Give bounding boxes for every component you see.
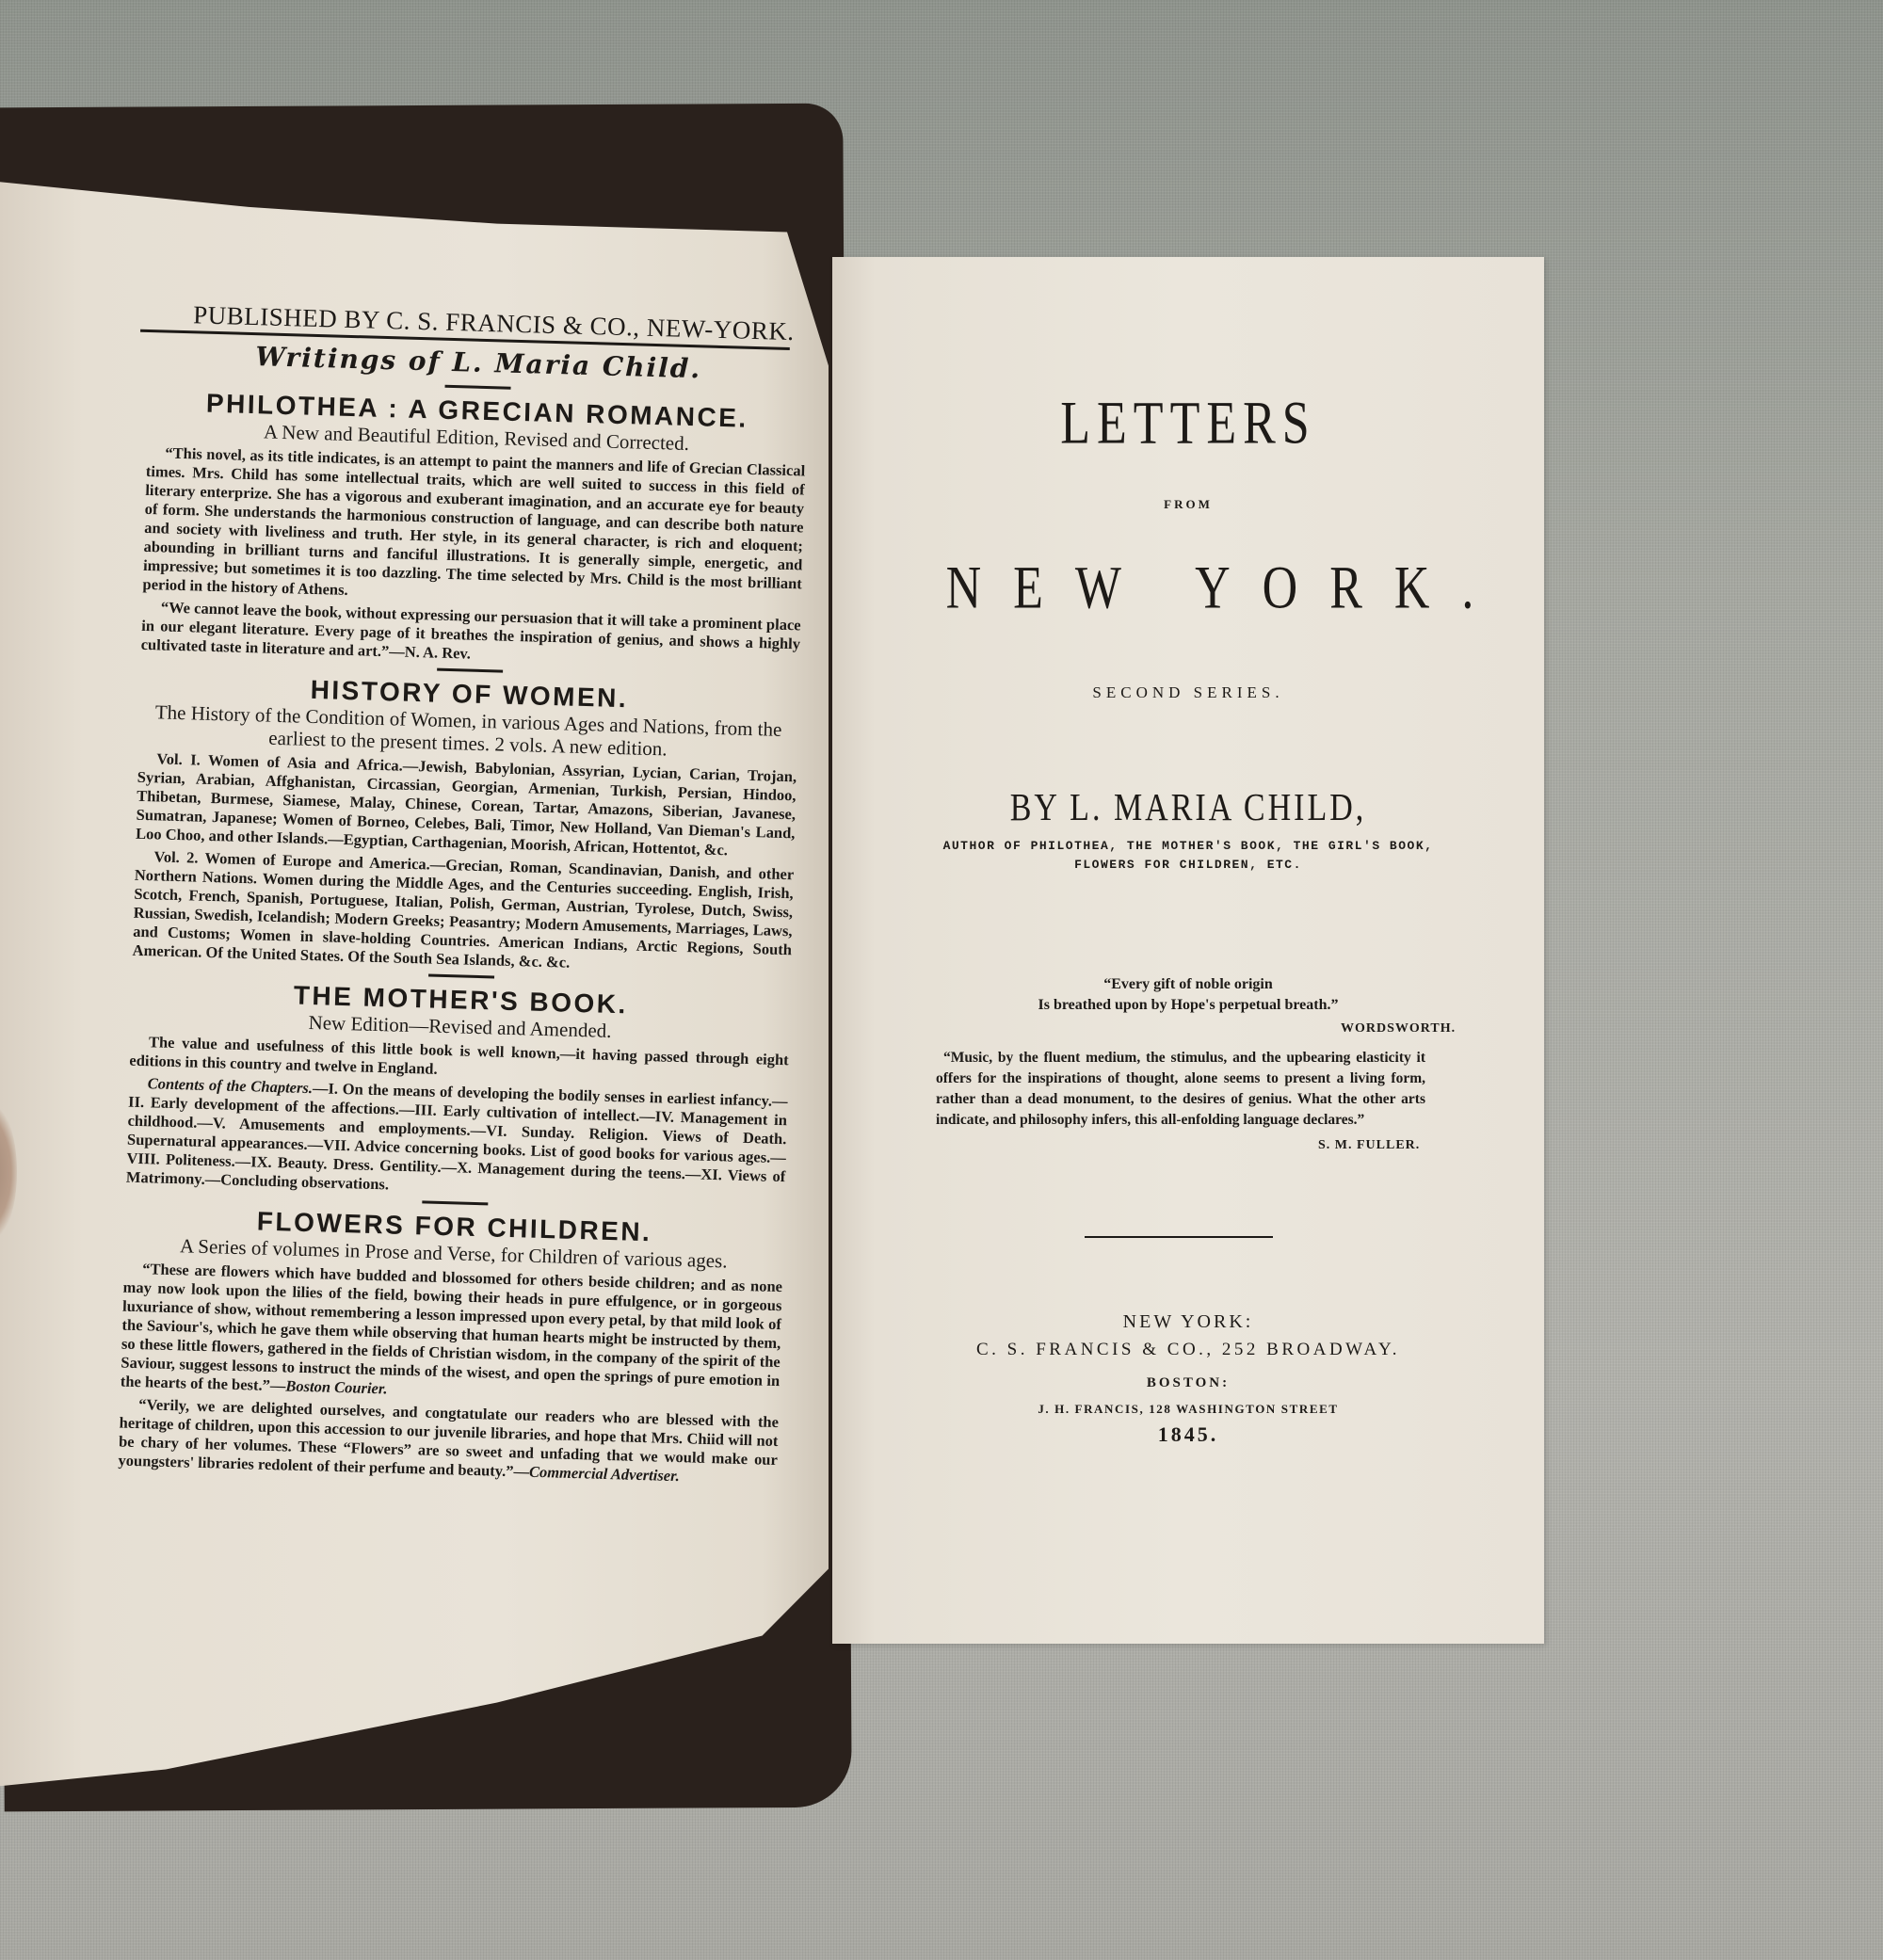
imprint-year: 1845.: [832, 1422, 1544, 1447]
section-divider: [445, 385, 511, 390]
ad-section-history-of-women: HISTORY OF WOMEN. The History of the Con…: [132, 670, 798, 978]
imprint-publisher-boston: J. H. FRANCIS, 128 WASHINGTON STREET: [832, 1402, 1544, 1417]
section-divider: [428, 974, 494, 979]
ad-section-flowers-for-children: FLOWERS FOR CHILDREN. A Series of volume…: [118, 1203, 784, 1488]
author-credits: AUTHOR OF PHILOTHEA, THE MOTHER'S BOOK, …: [832, 837, 1544, 875]
left-page-content: PUBLISHED BY C. S. FRANCIS & CO., NEW-YO…: [118, 299, 809, 1488]
series-label: SECOND SERIES.: [832, 683, 1544, 702]
contents-text: —I. On the means of developing the bodil…: [126, 1079, 788, 1193]
imprint-city-new-york: NEW YORK:: [832, 1311, 1544, 1333]
section-paragraph-contents: Contents of the Chapters.—I. On the mean…: [126, 1074, 788, 1205]
epigraph-attribution: WORDSWORTH.: [1341, 1021, 1456, 1036]
section-paragraph: Vol. I. Women of Asia and Africa.—Jewish…: [136, 749, 797, 862]
imprint-rule: [1085, 1236, 1273, 1238]
author-byline: BY L. MARIA CHILD,: [832, 787, 1544, 830]
author-credits-line: FLOWERS FOR CHILDREN, ETC.: [832, 856, 1544, 875]
right-page-title-page: LETTERS FROM NEW YORK. SECOND SERIES. BY…: [832, 257, 1544, 1644]
section-divider: [422, 1200, 488, 1205]
title-from: FROM: [832, 497, 1544, 512]
epigraph-line: “Every gift of noble origin: [832, 974, 1544, 995]
epigraph-fuller: “Music, by the fluent medium, the stimul…: [936, 1048, 1425, 1131]
quote-text: “These are flowers which have budded and…: [121, 1260, 783, 1394]
section-divider: [437, 668, 503, 673]
epigraph-wordsworth: “Every gift of noble origin Is breathed …: [832, 974, 1544, 1016]
thumb: [0, 1101, 17, 1243]
imprint-publisher-new-york: C. S. FRANCIS & CO., 252 BROADWAY.: [832, 1340, 1544, 1360]
quote-source: Boston Courier.: [285, 1376, 388, 1397]
title-letters: LETTERS: [832, 389, 1544, 458]
imprint-city-boston: BOSTON:: [832, 1375, 1544, 1391]
section-paragraph: Vol. 2. Women of Europe and America.—Gre…: [132, 847, 794, 978]
ad-section-mothers-book: THE MOTHER'S BOOK. New Edition—Revised a…: [126, 976, 791, 1205]
epigraph-attribution: S. M. FULLER.: [1318, 1138, 1420, 1153]
epigraph-line: Is breathed upon by Hope's perpetual bre…: [832, 995, 1544, 1016]
section-paragraph: “This novel, as its title indicates, is …: [142, 443, 805, 612]
author-credits-line: AUTHOR OF PHILOTHEA, THE MOTHER'S BOOK, …: [832, 837, 1544, 856]
title-new-york: NEW YORK.: [832, 554, 1582, 623]
quote-source: Commercial Advertiser.: [529, 1463, 680, 1485]
section-paragraph: “These are flowers which have budded and…: [121, 1260, 783, 1409]
ad-section-philothea: PHILOTHEA : A GRECIAN ROMANCE. A New and…: [140, 387, 807, 672]
